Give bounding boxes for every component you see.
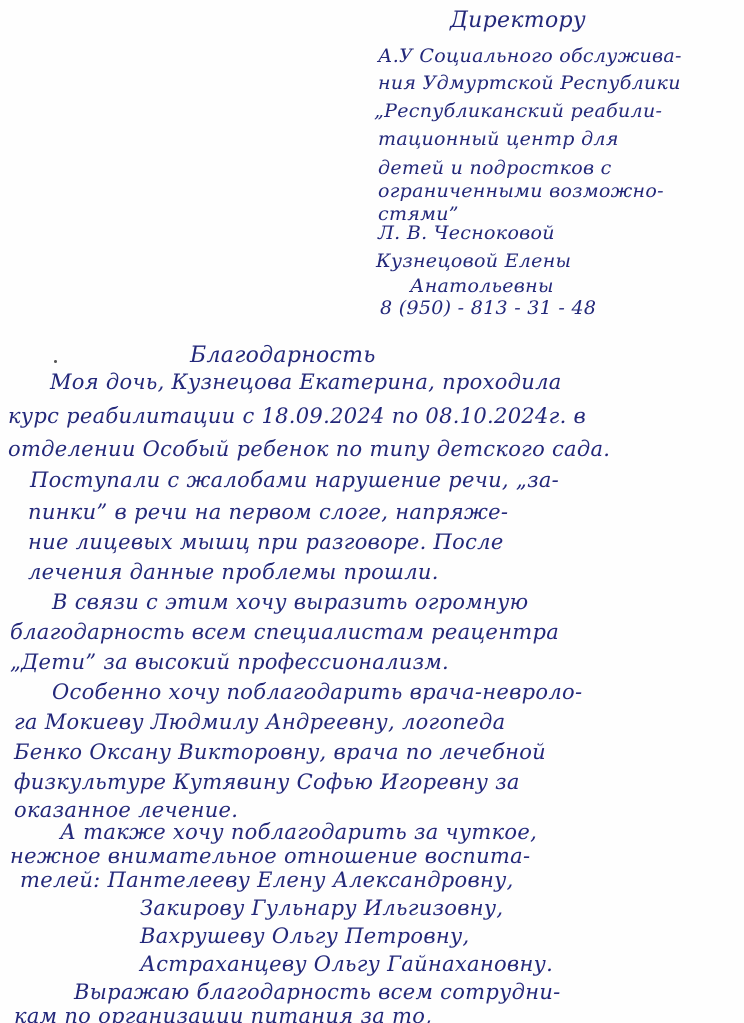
body-line-10: „Дети” за высокий профессионализм.	[10, 650, 449, 674]
body-line-8: В связи с этим хочу выразить огромную	[52, 590, 528, 614]
body-line-13: Бенко Оксану Викторовну, врача по лечебн…	[14, 740, 546, 764]
body-line-9: благодарность всем специалистам реацентр…	[10, 620, 559, 644]
body-line-3: отделении Особый ребенок по типу детског…	[8, 437, 610, 461]
body-line-11: Особенно хочу поблагодарить врача-неврол…	[52, 680, 582, 704]
body-line-23: кам по организации питания за то,	[14, 1004, 432, 1023]
addressee-line-1: Директору	[450, 8, 586, 33]
addressee-director-name: Л. В. Чесноковой	[378, 222, 555, 244]
body-line-20: Вахрушеву Ольгу Петровну,	[140, 924, 469, 948]
body-line-6: ние лицевых мышц при разговоре. После	[28, 530, 504, 554]
body-line-4: Поступали с жалобами нарушение речи, „за…	[30, 468, 559, 492]
addressee-line-3: ния Удмуртской Республики	[378, 72, 681, 94]
body-line-22: Выражаю благодарность всем сотрудни-	[74, 980, 561, 1004]
addressee-line-6: детей и подростков с	[378, 157, 612, 179]
addressee-line-5: тационный центр для	[378, 128, 619, 150]
sender-phone: 8 (950) - 813 - 31 - 48	[380, 297, 596, 319]
body-line-12: га Мокиеву Людмилу Андреевну, логопеда	[14, 710, 505, 734]
stray-dot	[54, 360, 57, 363]
body-line-18: телей: Пантелееву Елену Александровну,	[20, 868, 514, 892]
sender-patronymic: Анатольевны	[410, 275, 554, 297]
letter-page: Директору А.У Социального обслужива- ния…	[0, 0, 744, 1023]
addressee-line-4: „Республиканский реабили-	[374, 100, 662, 122]
body-line-2: курс реабилитации с 18.09.2024 по 08.10.…	[8, 404, 586, 428]
body-line-19: Закирову Гульнару Ильгизовну,	[140, 896, 503, 920]
body-line-15: оказанное лечение.	[14, 798, 238, 822]
body-line-1: Моя дочь, Кузнецова Екатерина, проходила	[50, 370, 562, 394]
letter-title: Благодарность	[190, 343, 376, 368]
body-line-5: пинки” в речи на первом слоге, напряже-	[28, 500, 508, 524]
body-line-21: Астраханцеву Ольгу Гайнахановну.	[140, 952, 553, 976]
sender-name: Кузнецовой Елены	[376, 250, 571, 272]
body-line-16: А также хочу поблагодарить за чуткое,	[60, 820, 537, 844]
addressee-line-7: ограниченными возможно-	[378, 180, 664, 202]
body-line-7: лечения данные проблемы прошли.	[28, 560, 439, 584]
body-line-17: нежное внимательное отношение воспита-	[10, 844, 530, 868]
body-line-14: физкультуре Кутявину Софью Игоревну за	[14, 770, 520, 794]
addressee-line-2: А.У Социального обслужива-	[378, 45, 682, 67]
